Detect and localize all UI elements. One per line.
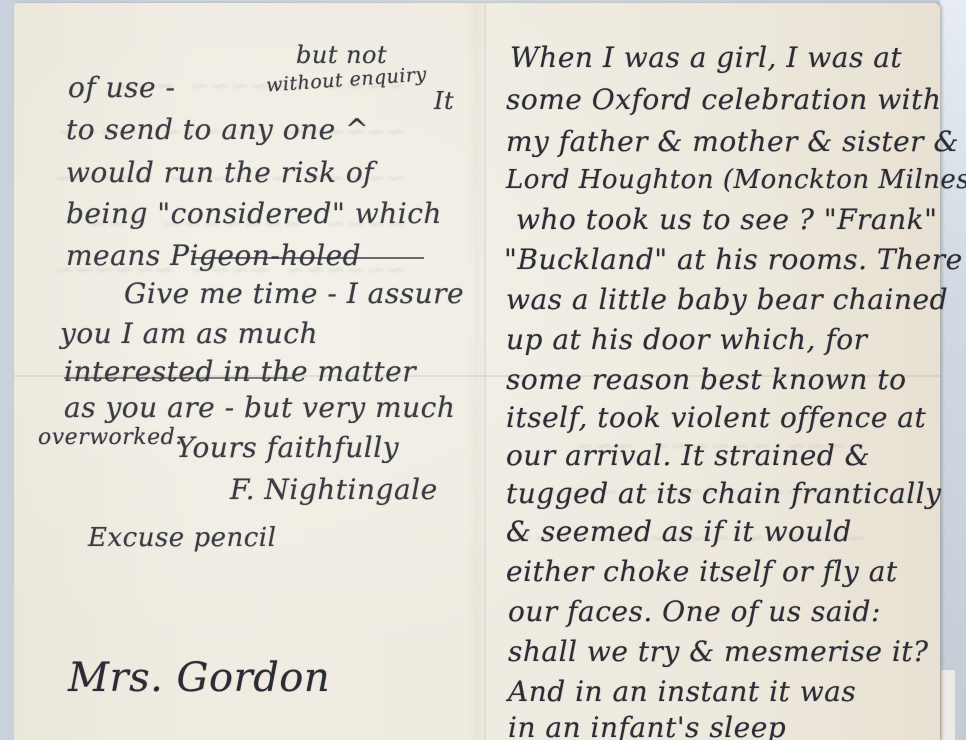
letter-line: Give me time - I assure [124, 277, 464, 310]
addressee: Mrs. Gordon [68, 655, 330, 701]
letter-line: Lord Houghton (Monckton Milnes) [506, 165, 966, 195]
letter-line: to send to any one ^ [66, 113, 369, 146]
letter-line: tugged at its chain frantically [506, 477, 941, 510]
letter-line: as you are - but very much [64, 391, 455, 424]
letter-line: & seemed as if it would [506, 515, 852, 548]
mount-tab [940, 670, 955, 740]
insertion-text: but not [296, 41, 387, 69]
letter-line: either choke itself or fly at [506, 555, 898, 588]
letter-line: When I was a girl, I was at [510, 41, 902, 74]
letter-line: was a little baby bear chained [506, 283, 948, 316]
signature: F. Nightingale [230, 473, 438, 506]
letter-line: of use - [68, 71, 175, 104]
letter-sheet: ~~~~ ~~~~~~ ~~~ ~~~~~~ ~~~~~ ~~~~ ~~~~~ … [14, 3, 940, 740]
letter-line: in an infant's sleep [508, 711, 786, 740]
letter-line: some Oxford celebration with [506, 83, 941, 116]
center-fold [484, 3, 486, 740]
letter-line: shall we try & mesmerise it? [508, 635, 929, 668]
letter-line: who took us to see ? "Frank" [516, 203, 938, 236]
letter-line: our faces. One of us said: [508, 595, 881, 628]
letter-line: would run the risk of [66, 156, 374, 189]
letter-line: you I am as much [60, 317, 318, 350]
letter-line: some reason best known to [506, 363, 906, 396]
letter-line: interested in the matter [64, 355, 416, 388]
letter-line: up at his door which, for [506, 323, 867, 356]
letter-line: means Pigeon-holed [66, 239, 361, 272]
letter-line: our arrival. It strained & [506, 439, 870, 472]
letter-line: itself, took violent offence at [506, 401, 926, 434]
backdrop [940, 0, 966, 740]
postscript: Excuse pencil [88, 523, 276, 553]
letter-line: my father & mother & sister & [506, 125, 959, 158]
letter-line: being "considered" which [66, 197, 442, 230]
closing: Yours faithfully [176, 431, 399, 464]
letter-line: And in an instant it was [508, 675, 856, 708]
underline [64, 377, 294, 379]
letter-line: "Buckland" at his rooms. There [504, 243, 963, 276]
letter-line: overworked. [38, 425, 183, 450]
underline [194, 257, 424, 259]
insertion-text: It [434, 87, 454, 115]
